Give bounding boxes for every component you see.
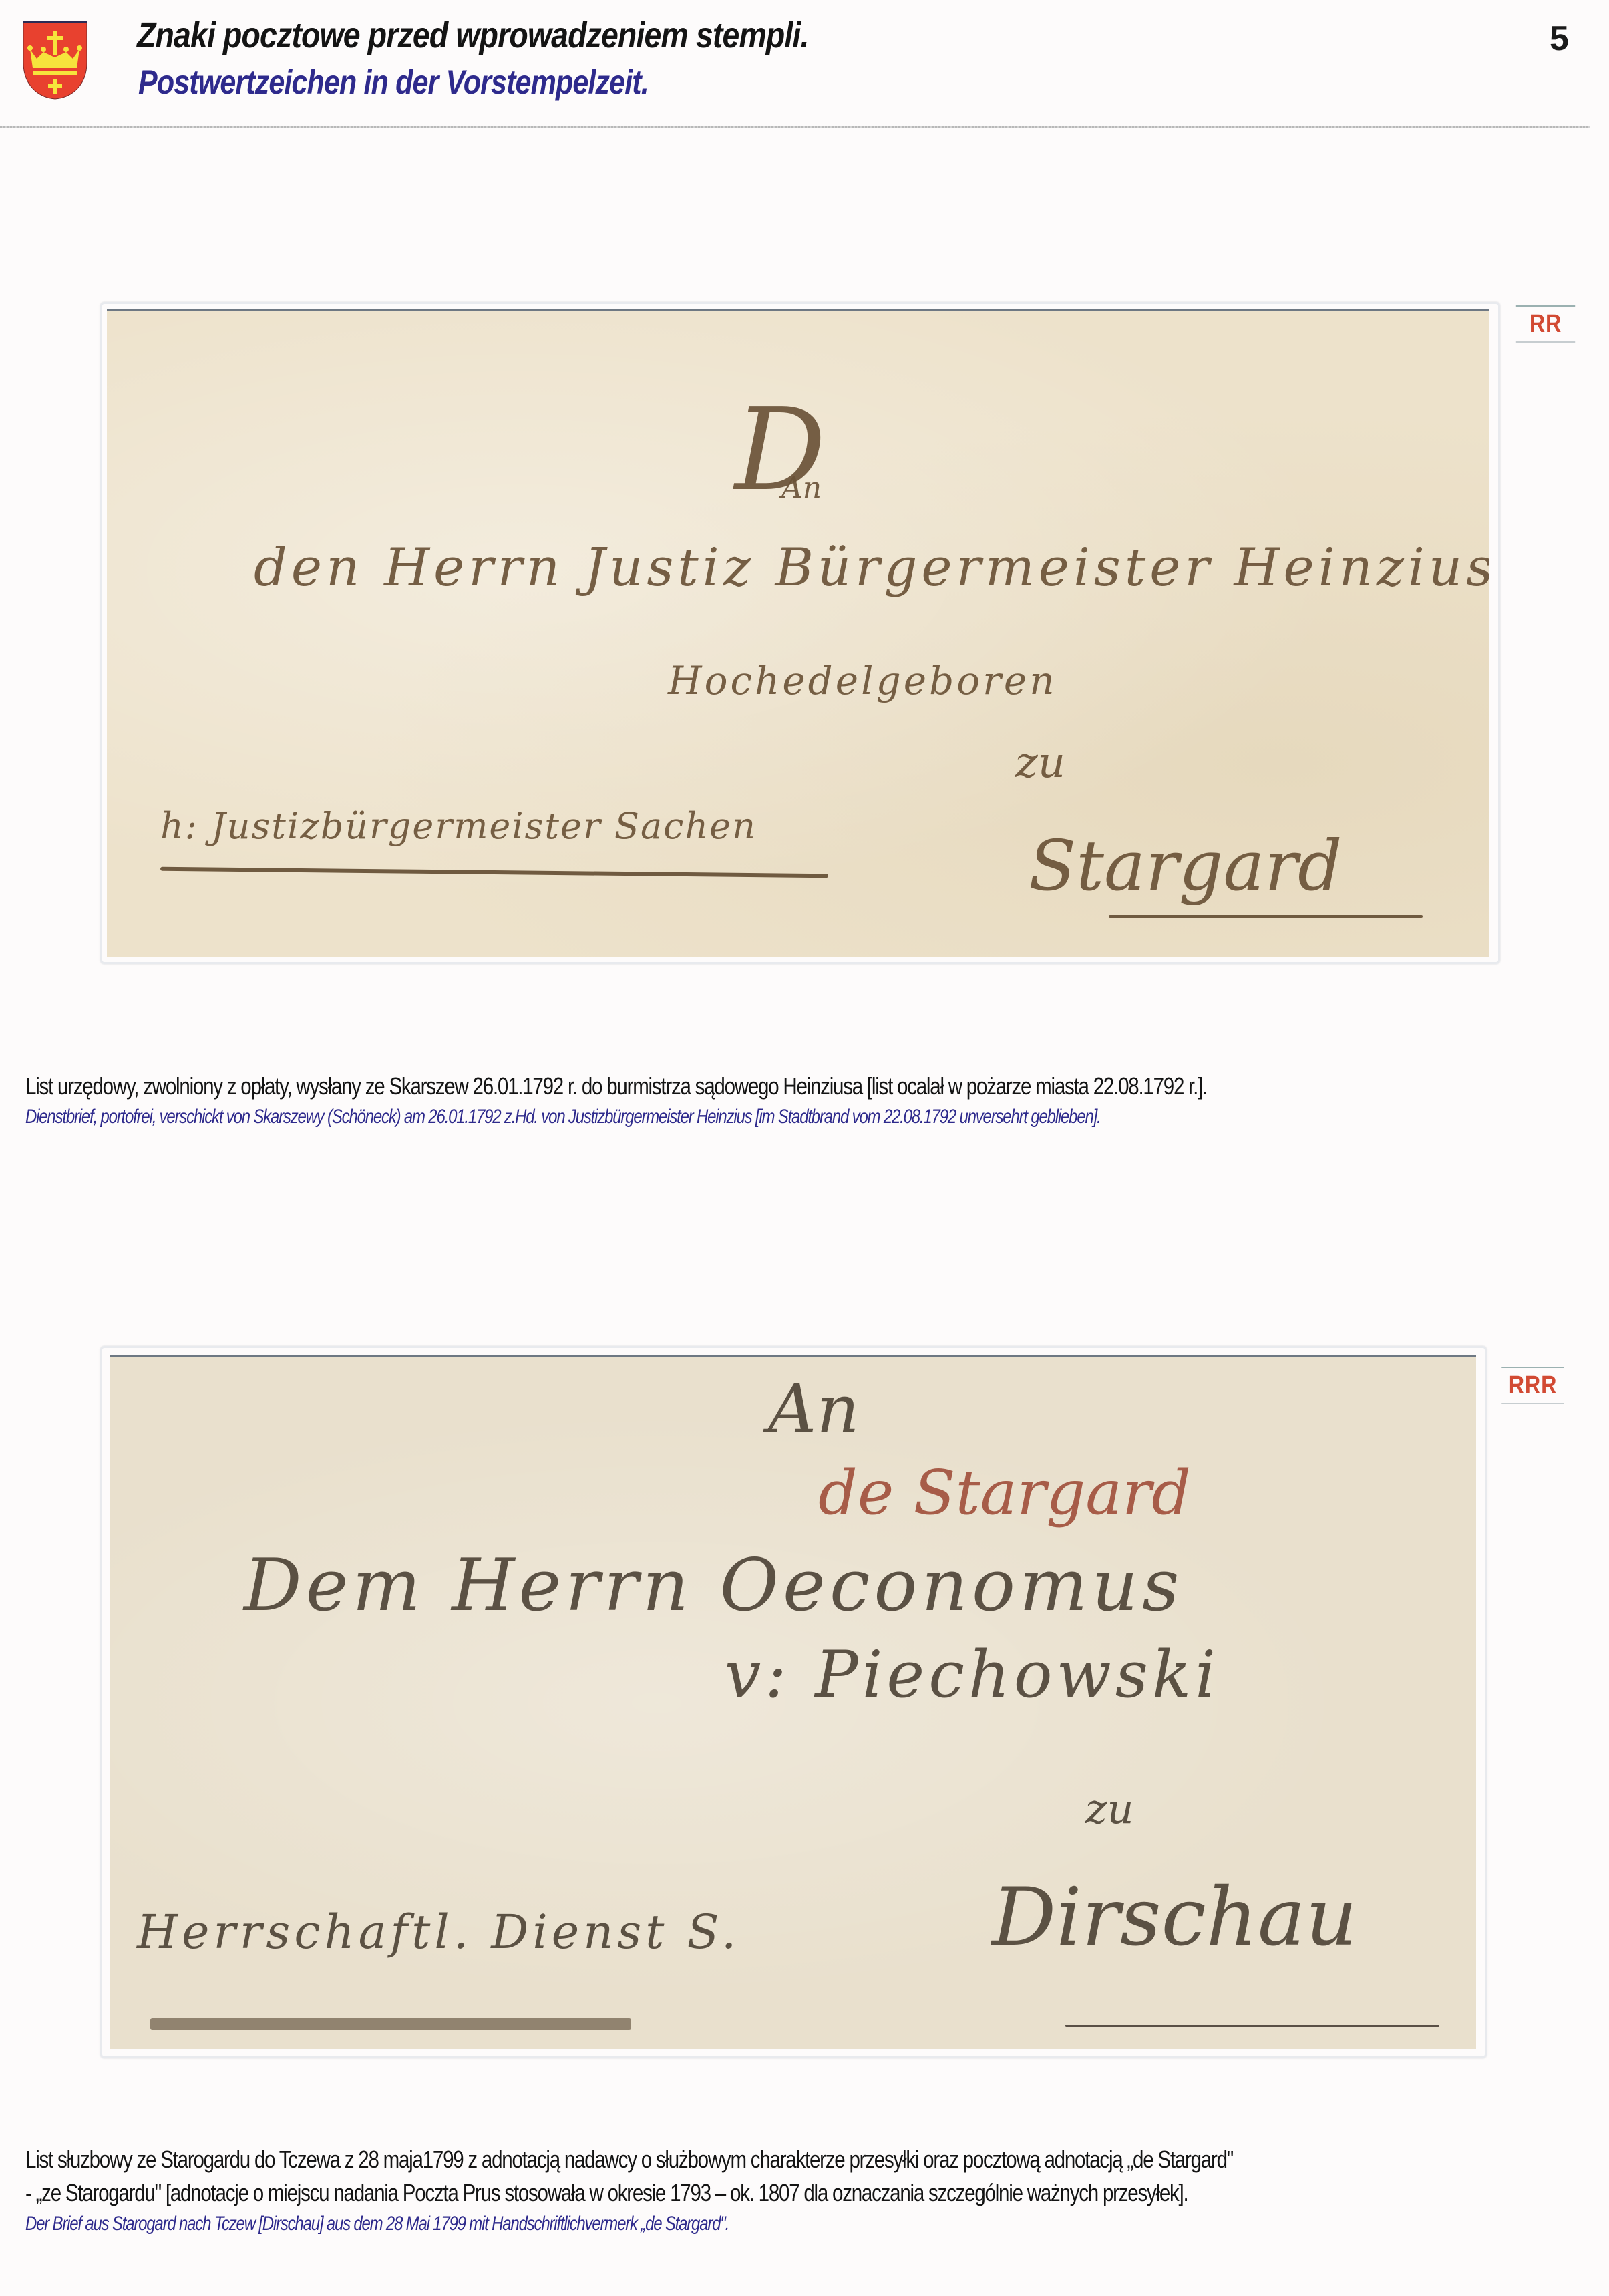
caption-1-polish: List urzędowy, zwolniony z opłaty, wysła…	[25, 1072, 1207, 1100]
coat-of-arms-icon	[22, 21, 88, 100]
letter-1-underline-note	[160, 867, 828, 878]
letter-1-script-an: An	[781, 471, 822, 505]
page-title-german: Postwertzeichen in der Vorstempelzeit.	[138, 63, 649, 102]
letter-1-script-service-note: h: Justizbürgermeister Sachen	[160, 805, 757, 847]
letter-2-underline-city	[1065, 2025, 1439, 2027]
letter-2-script-dirschau: Dirschau	[992, 1871, 1357, 1964]
letter-1-script-zu: zu	[1015, 738, 1065, 788]
letter-2-underline-note	[150, 2018, 631, 2030]
letter-2-script-addressee: Dem Herrn Oeconomus	[244, 1544, 1183, 1627]
caption-2-polish-line-2: - „ze Starogardu" [adnotacje o miejscu n…	[25, 2179, 1188, 2207]
letter-2-script-an: An	[768, 1370, 860, 1448]
letter-2-script-name: v: Piechowski	[725, 1637, 1220, 1712]
letter-1-underline-city	[1109, 915, 1423, 918]
caption-2-polish-line-1: List słuzbowy ze Starogardu do Tczewa z …	[25, 2146, 1233, 2174]
rarity-badge-2: RRR	[1501, 1367, 1564, 1404]
caption-1-german: Dienstbrief, portofrei, verschickt von S…	[25, 1106, 1101, 1128]
letter-2-postal-annotation: de Stargard	[818, 1457, 1191, 1528]
letter-2-script-service-note: Herrschaftl. Dienst S.	[137, 1905, 740, 1959]
letter-1-image: D An den Herrn Justiz Bürgermeister Hein…	[107, 309, 1489, 957]
header-divider	[0, 126, 1590, 128]
page-title-polish: Znaki pocztowe przed wprowadzeniem stemp…	[137, 15, 809, 56]
letter-2-script-zu: zu	[1085, 1784, 1134, 1833]
letter-1-script-title: Hochedelgeboren	[668, 658, 1057, 703]
letter-1-script-stargard: Stargard	[1029, 825, 1343, 907]
page-number: 5	[1550, 19, 1569, 59]
caption-2-german: Der Brief aus Starogard nach Tczew [Dirs…	[25, 2212, 729, 2235]
letter-1-script-addressee: den Herrn Justiz Bürgermeister Heinzius	[254, 538, 1489, 598]
letter-2-image: An de Stargard Dem Herrn Oeconomus v: Pi…	[110, 1355, 1476, 2049]
rarity-badge-1: RR	[1516, 305, 1575, 343]
